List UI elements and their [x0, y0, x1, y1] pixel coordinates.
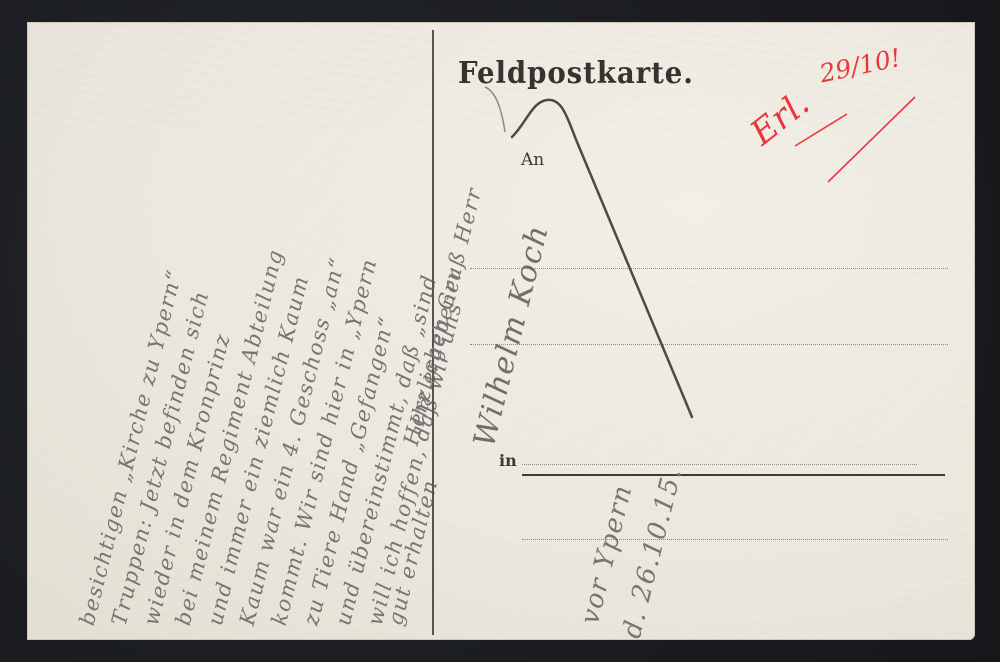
postcard: besichtigen „Kirche zu Ypern“ Truppen: J… [27, 22, 975, 640]
pen-strokes [27, 22, 975, 640]
